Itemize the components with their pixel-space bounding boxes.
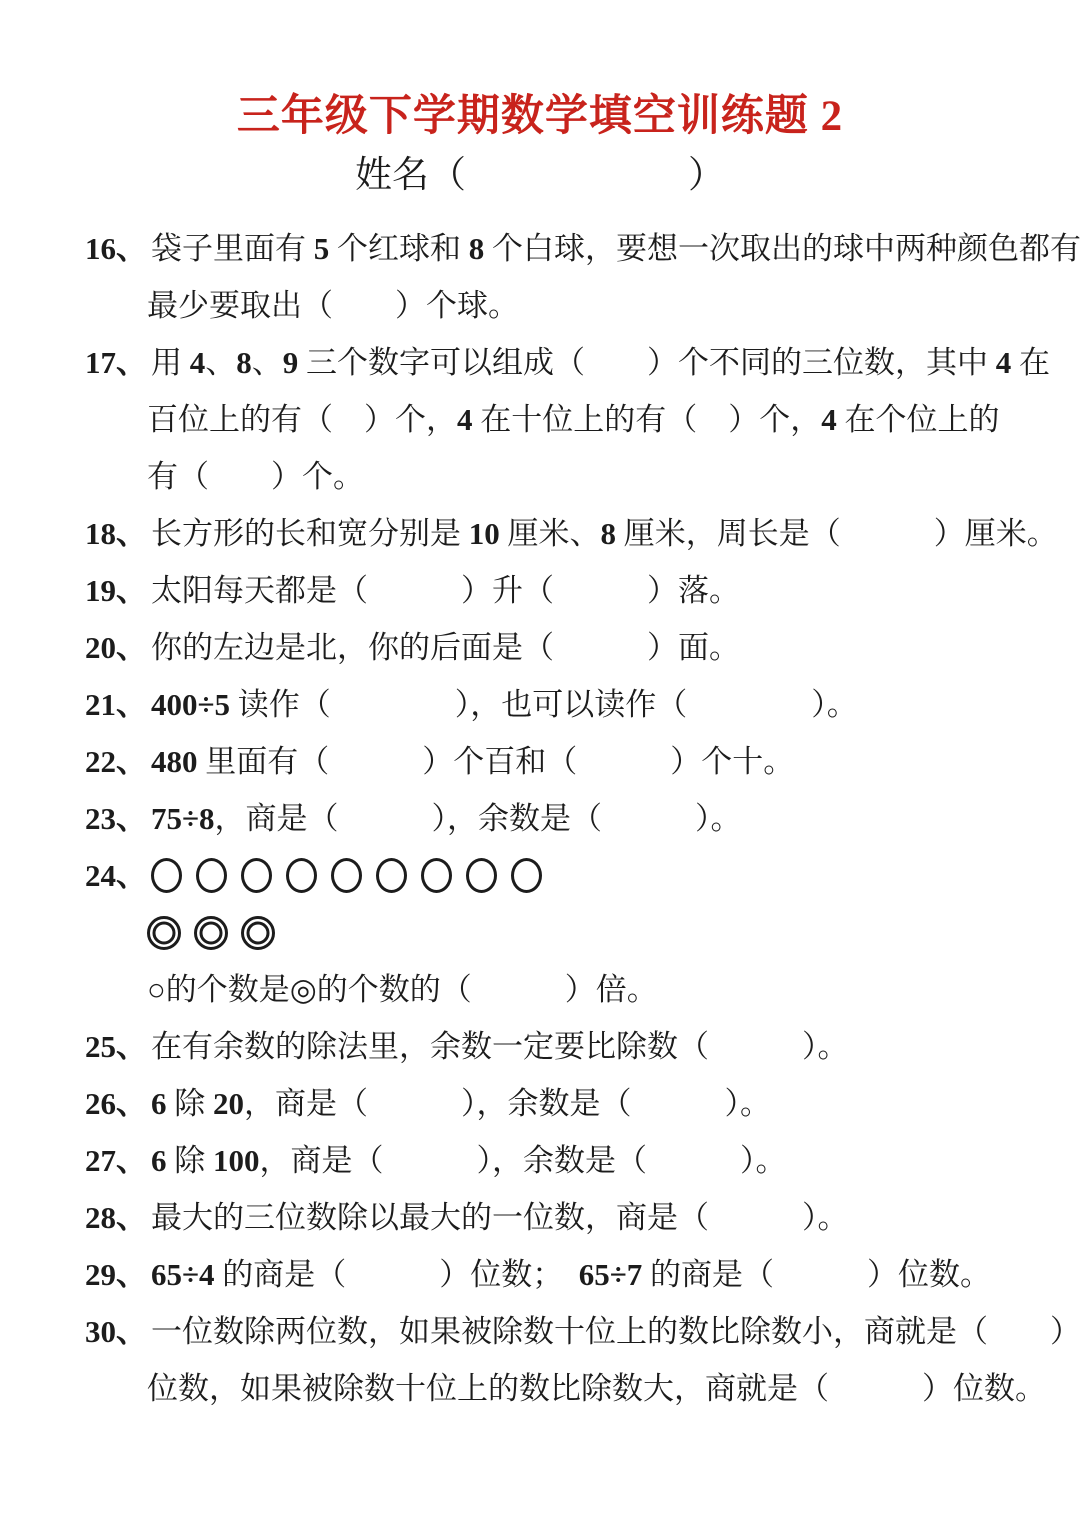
question-text-number: 4 [457,402,473,437]
question-text: 除 [167,1086,214,1121]
question-text: ，商是（ ），余数是（ ）。 [260,1143,787,1178]
circle-icon [241,858,272,893]
question-number: 27、 [85,1143,151,1178]
question-17: 17、用 4、8、9 三个数字可以组成（ ）个不同的三位数，其中 4 在百位上的… [85,334,1044,505]
question-number: 21、 [85,687,151,722]
question-text: 一位数除两位数，如果被除数十位上的数比除数小，商就是（ ） [151,1314,1080,1349]
question-text: 你的左边是北，你的后面是（ ）面。 [151,630,740,665]
question-text-number: 8 [469,231,485,266]
question-text: 读作（ ），也可以读作（ ）。 [230,687,858,722]
question-18-line: 18、长方形的长和宽分别是 10 厘米、8 厘米，周长是（ ）厘米。 [85,505,1044,562]
question-text: 三个数字可以组成（ ）个不同的三位数，其中 [298,345,996,380]
question-22: 22、480 里面有（ ）个百和（ ）个十。 [85,733,1044,790]
question-text-number: 65÷7 [579,1257,643,1292]
question-24-line: ○的个数是◎的个数的（ ）倍。 [85,961,1044,1018]
question-text: 百位上的有（ ）个， [147,402,457,437]
question-number: 16、 [85,231,151,266]
question-number: 20、 [85,630,151,665]
question-number: 28、 [85,1200,151,1235]
question-text-number: 75÷8 [151,801,215,836]
question-text-number: 65÷4 [151,1257,215,1292]
question-16-line: 最少要取出（ ）个球。 [85,277,1044,334]
question-21-line: 21、400÷5 读作（ ），也可以读作（ ）。 [85,676,1044,733]
circle-icon [331,858,362,893]
question-27: 27、6 除 100，商是（ ），余数是（ ）。 [85,1132,1044,1189]
question-27-line: 27、6 除 100，商是（ ），余数是（ ）。 [85,1132,1044,1189]
question-text-number: 8 [601,516,617,551]
question-text: 袋子里面有 [151,231,314,266]
question-17-line: 17、用 4、8、9 三个数字可以组成（ ）个不同的三位数，其中 4 在 [85,334,1044,391]
circle-icon [421,858,452,893]
question-text: 太阳每天都是（ ）升（ ）落。 [151,573,740,608]
question-number: 30、 [85,1314,151,1349]
question-24: 24、○的个数是◎的个数的（ ）倍。 [85,847,1044,1018]
question-number: 17、 [85,345,151,380]
question-text: 最大的三位数除以最大的一位数，商是（ ）。 [151,1200,849,1235]
bullseye-circle-icon [147,916,181,950]
question-20: 20、你的左边是北，你的后面是（ ）面。 [85,619,1044,676]
question-text: 个白球，要想一次取出的球中两种颜色都有， [484,231,1080,266]
bullseye-circle-icon [194,916,228,950]
question-text: 在十位上的有（ ）个， [473,402,822,437]
question-21: 21、400÷5 读作（ ），也可以读作（ ）。 [85,676,1044,733]
question-17-line: 有（ ）个。 [85,448,1044,505]
question-text: 个红球和 [329,231,469,266]
question-text-number: 4 [821,402,837,437]
question-22-line: 22、480 里面有（ ）个百和（ ）个十。 [85,733,1044,790]
question-text: 在 [1011,345,1050,380]
question-text-number: 5 [314,231,330,266]
bullseye-circle-icon [241,916,275,950]
question-29: 29、65÷4 的商是（ ）位数； 65÷7 的商是（ ）位数。 [85,1246,1044,1303]
question-20-line: 20、你的左边是北，你的后面是（ ）面。 [85,619,1044,676]
question-24-line [85,904,1044,961]
question-text: 长方形的长和宽分别是 [151,516,469,551]
question-number: 23、 [85,801,151,836]
question-text: 里面有（ ）个百和（ ）个十。 [198,744,795,779]
question-text-number: 6 [151,1143,167,1178]
question-16: 16、袋子里面有 5 个红球和 8 个白球，要想一次取出的球中两种颜色都有，最少… [85,220,1044,334]
question-text: 厘米，周长是（ ）厘米。 [616,516,1058,551]
question-text: 、 [205,345,236,380]
question-text-number: 6 [151,1086,167,1121]
question-26-line: 26、6 除 20，商是（ ），余数是（ ）。 [85,1075,1044,1132]
question-18: 18、长方形的长和宽分别是 10 厘米、8 厘米，周长是（ ）厘米。 [85,505,1044,562]
circle-icon [511,858,542,893]
question-30: 30、一位数除两位数，如果被除数十位上的数比除数小，商就是（ ）位数，如果被除数… [85,1303,1044,1417]
question-text: 有（ ）个。 [147,459,364,494]
worksheet-title: 三年级下学期数学填空训练题 2 [0,0,1080,142]
question-30-line: 30、一位数除两位数，如果被除数十位上的数比除数小，商就是（ ） [85,1303,1044,1360]
question-24-line: 24、 [85,847,1044,904]
question-text: 的商是（ ）位数； [215,1257,579,1292]
question-text: ，商是（ ），余数是（ ）。 [215,801,742,836]
circle-icon [196,858,227,893]
question-text-number: 10 [469,516,500,551]
question-text: 的商是（ ）位数。 [642,1257,991,1292]
question-text: 除 [167,1143,214,1178]
question-25: 25、在有余数的除法里，余数一定要比除数（ ）。 [85,1018,1044,1075]
question-28-line: 28、最大的三位数除以最大的一位数，商是（ ）。 [85,1189,1044,1246]
circle-icon [151,858,182,893]
name-field: 姓名（ ） [0,150,1080,202]
question-text-number: 8 [236,345,252,380]
question-23: 23、75÷8，商是（ ），余数是（ ）。 [85,790,1044,847]
question-text: 在有余数的除法里，余数一定要比除数（ ）。 [151,1029,849,1064]
question-text-number: 4 [996,345,1012,380]
question-text-number: 400÷5 [151,687,230,722]
question-25-line: 25、在有余数的除法里，余数一定要比除数（ ）。 [85,1018,1044,1075]
question-text: ○的个数是◎的个数的（ ）倍。 [147,972,658,1007]
question-number: 24、 [85,858,151,893]
question-29-line: 29、65÷4 的商是（ ）位数； 65÷7 的商是（ ）位数。 [85,1246,1044,1303]
question-text-number: 9 [283,345,299,380]
question-19-line: 19、太阳每天都是（ ）升（ ）落。 [85,562,1044,619]
question-30-line: 位数，如果被除数十位上的数比除数大，商就是（ ）位数。 [85,1360,1044,1417]
question-text-number: 20 [213,1086,244,1121]
question-19: 19、太阳每天都是（ ）升（ ）落。 [85,562,1044,619]
circle-icon [286,858,317,893]
question-text: 、 [252,345,283,380]
question-23-line: 23、75÷8，商是（ ），余数是（ ）。 [85,790,1044,847]
question-text: 厘米、 [500,516,601,551]
question-text: 位数，如果被除数十位上的数比除数大，商就是（ ）位数。 [147,1371,1046,1406]
question-text: ，商是（ ），余数是（ ）。 [244,1086,771,1121]
question-number: 19、 [85,573,151,608]
question-26: 26、6 除 20，商是（ ），余数是（ ）。 [85,1075,1044,1132]
question-text-number: 480 [151,744,198,779]
question-text-number: 4 [190,345,206,380]
question-28: 28、最大的三位数除以最大的一位数，商是（ ）。 [85,1189,1044,1246]
question-number: 18、 [85,516,151,551]
circle-icon [466,858,497,893]
question-text: 最少要取出（ ）个球。 [147,288,519,323]
question-text-number: 100 [213,1143,260,1178]
question-number: 25、 [85,1029,151,1064]
question-number: 22、 [85,744,151,779]
circle-icon [376,858,407,893]
question-number: 26、 [85,1086,151,1121]
question-number: 29、 [85,1257,151,1292]
question-text: 用 [151,345,190,380]
question-17-line: 百位上的有（ ）个，4 在十位上的有（ ）个，4 在个位上的 [85,391,1044,448]
worksheet-page: 三年级下学期数学填空训练题 2 姓名（ ） 16、袋子里面有 5 个红球和 8 … [0,0,1080,1525]
question-16-line: 16、袋子里面有 5 个红球和 8 个白球，要想一次取出的球中两种颜色都有， [85,220,1044,277]
question-list: 16、袋子里面有 5 个红球和 8 个白球，要想一次取出的球中两种颜色都有，最少… [85,220,1044,1417]
question-text: 在个位上的 [837,402,1000,437]
